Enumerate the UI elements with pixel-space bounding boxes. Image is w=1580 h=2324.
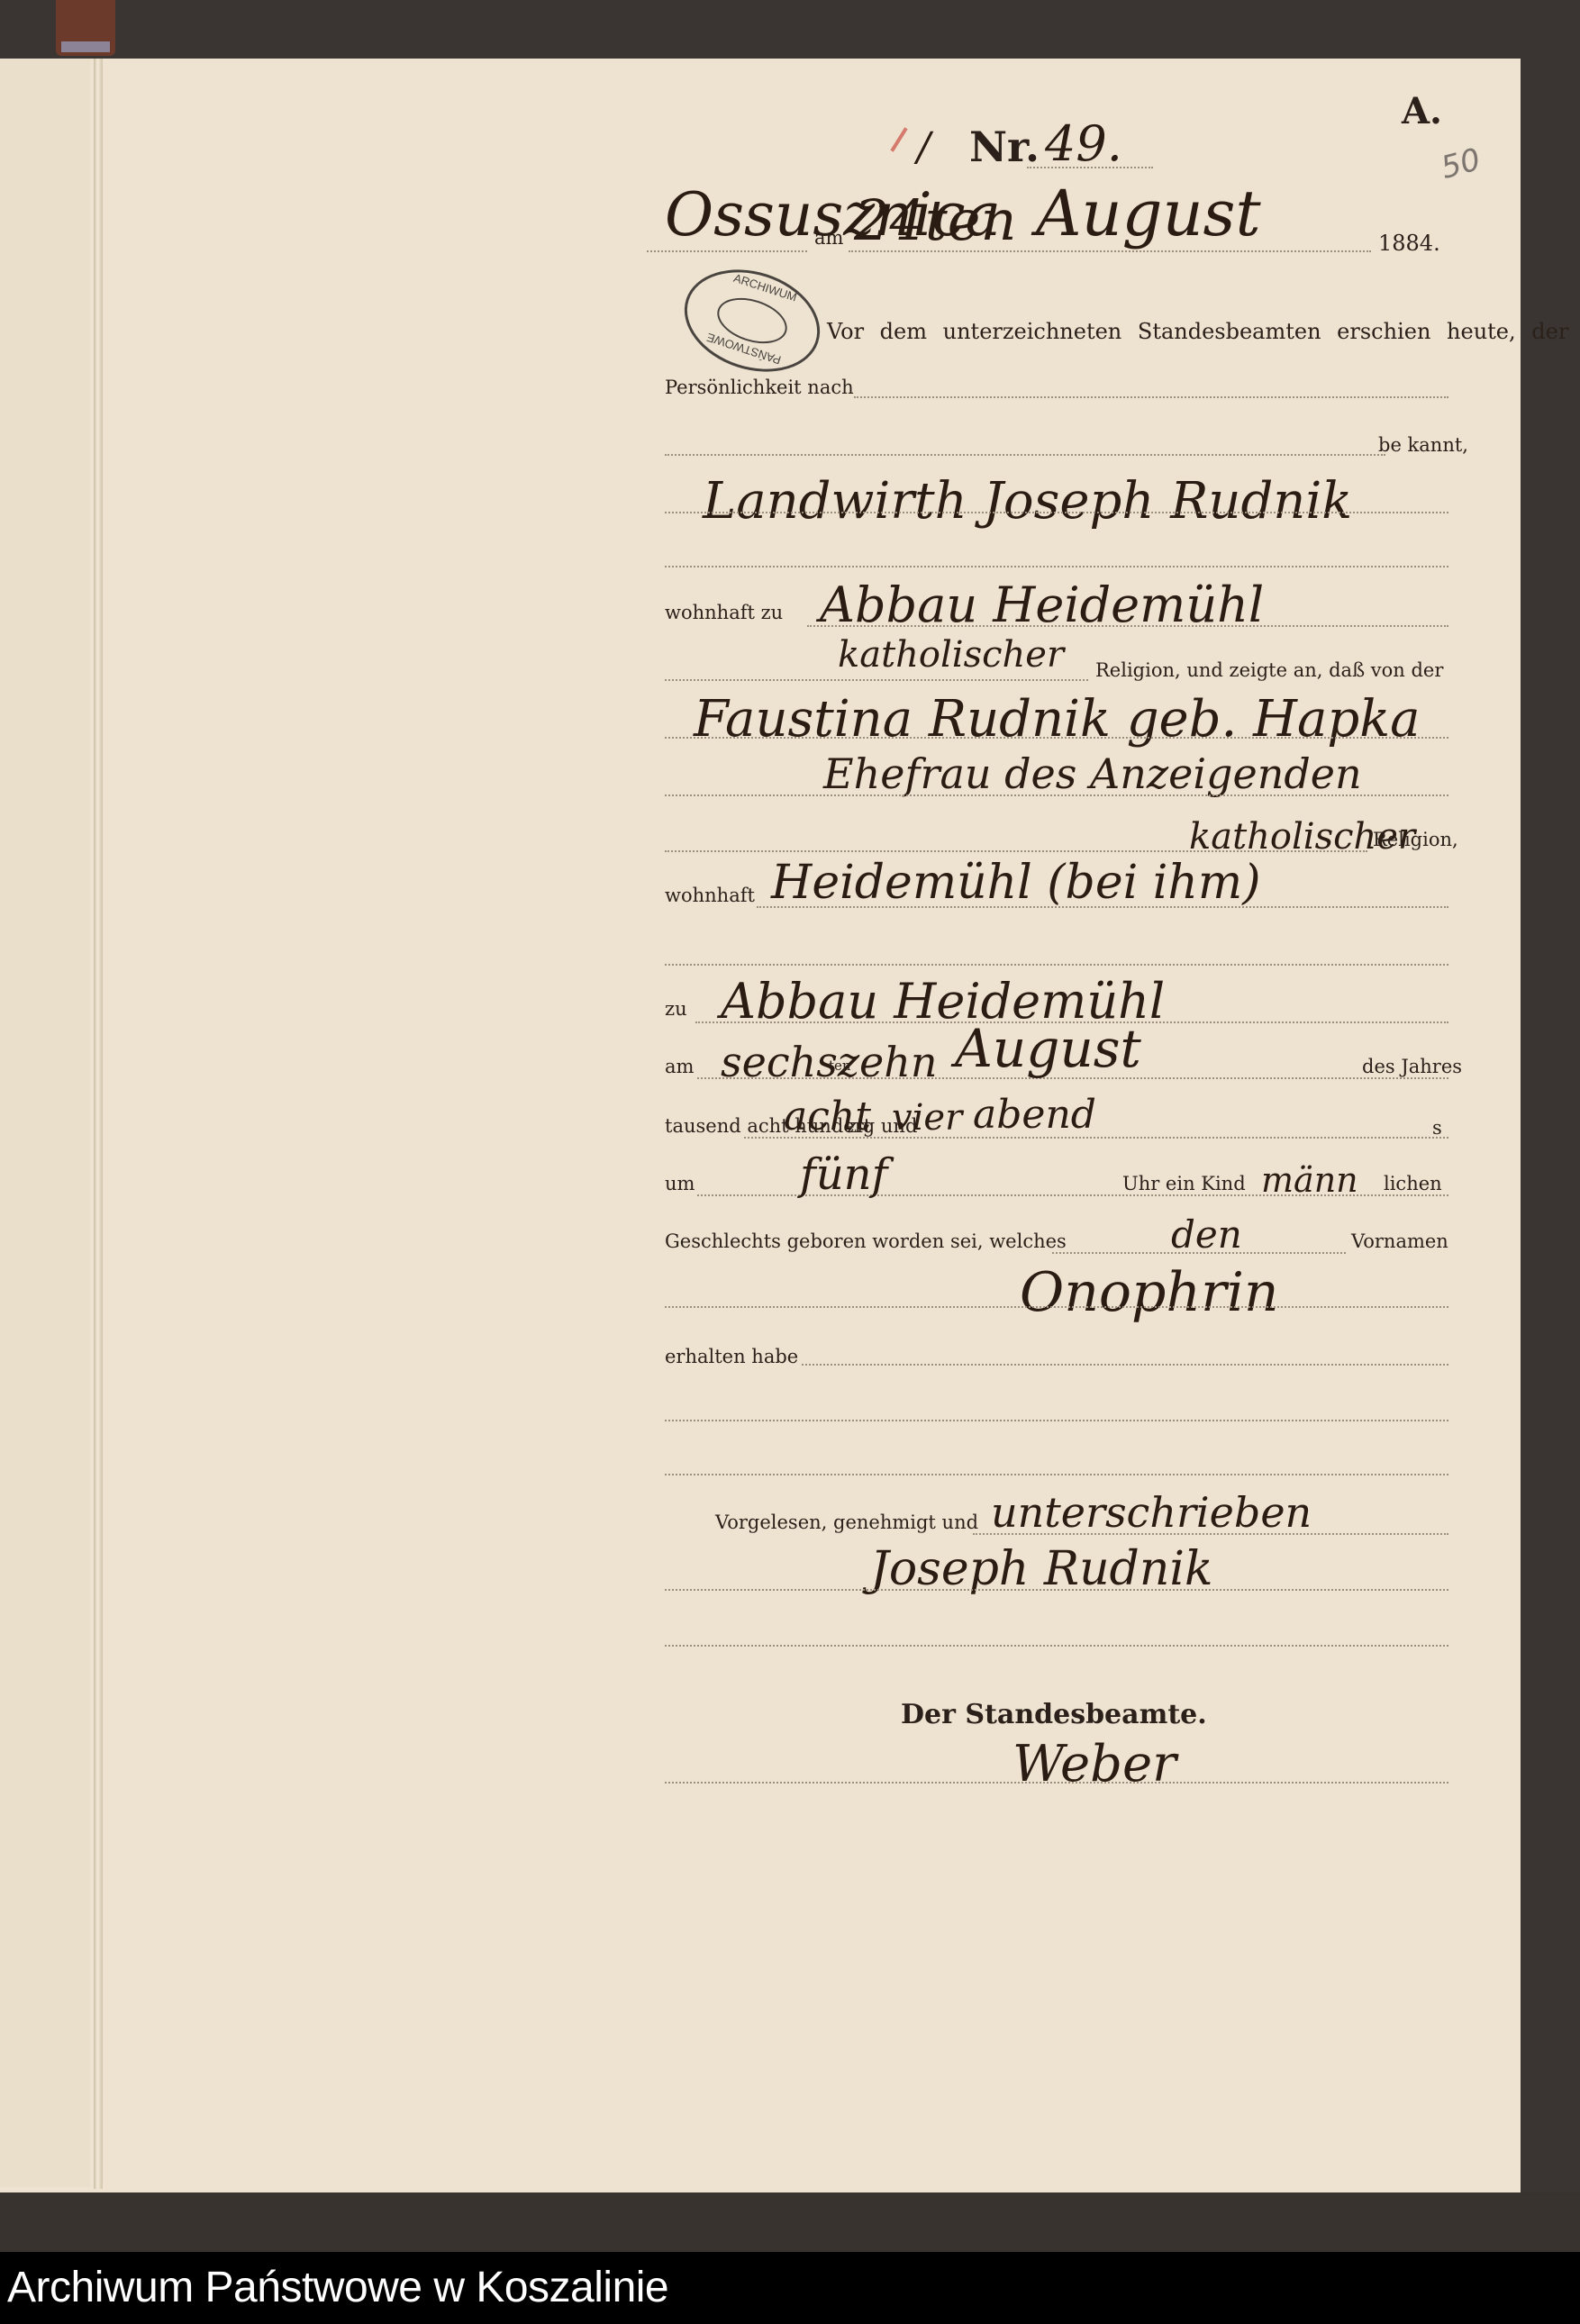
archive-name: Archiwum Państwowe w Koszalinie [7,2263,668,2312]
birth-year-label: des Jahres [1362,1056,1462,1077]
name-article: den [1171,1212,1242,1257]
book-binding-fold [94,59,103,2189]
informant-signature: Joseph Rudnik [870,1542,1212,1596]
scanner-bottom-background [0,2192,1580,2252]
date-day: 24ten [854,187,1016,253]
identity-line [854,396,1448,398]
religion-text: Religion, und zeigte an, daß von der [1095,659,1443,681]
birth-ten-suffix: ten [829,1058,851,1074]
received-line [802,1364,1448,1366]
blank-line-3 [665,1420,1448,1421]
nr-label: Nr. [969,123,1040,171]
informant-signature-line [665,1589,1448,1591]
mother-residence-label: wohnhaft [665,885,755,906]
s-suffix: s [1432,1117,1442,1139]
official-signature-line [665,1782,1448,1784]
corner-letter: A. [1402,90,1442,132]
official-title: Der Standesbeamte. [901,1699,1207,1730]
mother-name: Faustina Rudnik geb. Hapka [694,690,1421,749]
binding-ribbon [56,0,115,56]
archive-footer-bar: Archiwum Państwowe w Koszalinie [0,2252,1580,2324]
relation-line [665,794,1448,796]
birth-month-value: August [955,1018,1141,1079]
blank-line-4 [665,1474,1448,1475]
child-label: Uhr ein Kind [1122,1173,1246,1194]
mother-residence-value: Heidemühl (bei ihm) [771,856,1261,910]
um-label: um [665,1173,695,1194]
child-name-line [665,1306,1448,1308]
left-page-edge [0,59,90,2187]
blank-line-2 [665,964,1448,966]
lichen-label: lichen [1384,1173,1442,1194]
blank-line-5 [665,1645,1448,1647]
read-approved-label: Vorgelesen, genehmigt und [715,1512,978,1533]
units-value: vier [892,1097,962,1139]
residence-value: Abbau Heidemühl [820,576,1264,633]
mother-religion-label: Religion, [1373,829,1458,850]
sex-value: männ [1261,1160,1358,1200]
time-value: abend [973,1092,1096,1138]
religion-value: katholischer [838,634,1064,676]
intro-text: Vor dem unterzeichneten Standesbeamten e… [827,319,1568,344]
known-suffix: be kannt, [1378,434,1468,456]
gender-line-text: Geschlechts geboren worden sei, welches [665,1230,1067,1252]
identity-label: Persönlichkeit nach [665,377,854,398]
nr-prefix-mark: / [917,124,931,170]
mother-relation: Ehefrau des Anzeigenden [823,749,1362,798]
residence-label: wohnhaft zu [665,602,783,623]
year-value: 1884. [1378,231,1440,256]
known-line [665,454,1385,456]
received-label: erhalten habe [665,1346,798,1367]
informant-name: Landwirth Joseph Rudnik [703,472,1352,531]
signed-value: unterschrieben [991,1488,1312,1537]
am-label: am [814,227,843,249]
place-line [647,250,807,252]
informant-line [665,512,1448,513]
hour-value: fünf [800,1149,887,1200]
birthplace-label: zu [665,998,687,1020]
mother-line [665,737,1448,739]
birth-am-label: am [665,1056,694,1077]
nr-value: 49. [1045,115,1122,172]
religion-line [665,679,1088,681]
child-name: Onophrin [1020,1261,1279,1324]
official-signature: Weber [1012,1735,1176,1793]
vornamen-label: Vornamen [1351,1230,1448,1252]
blank-line-1 [665,566,1448,567]
date-month: August [1036,177,1261,250]
